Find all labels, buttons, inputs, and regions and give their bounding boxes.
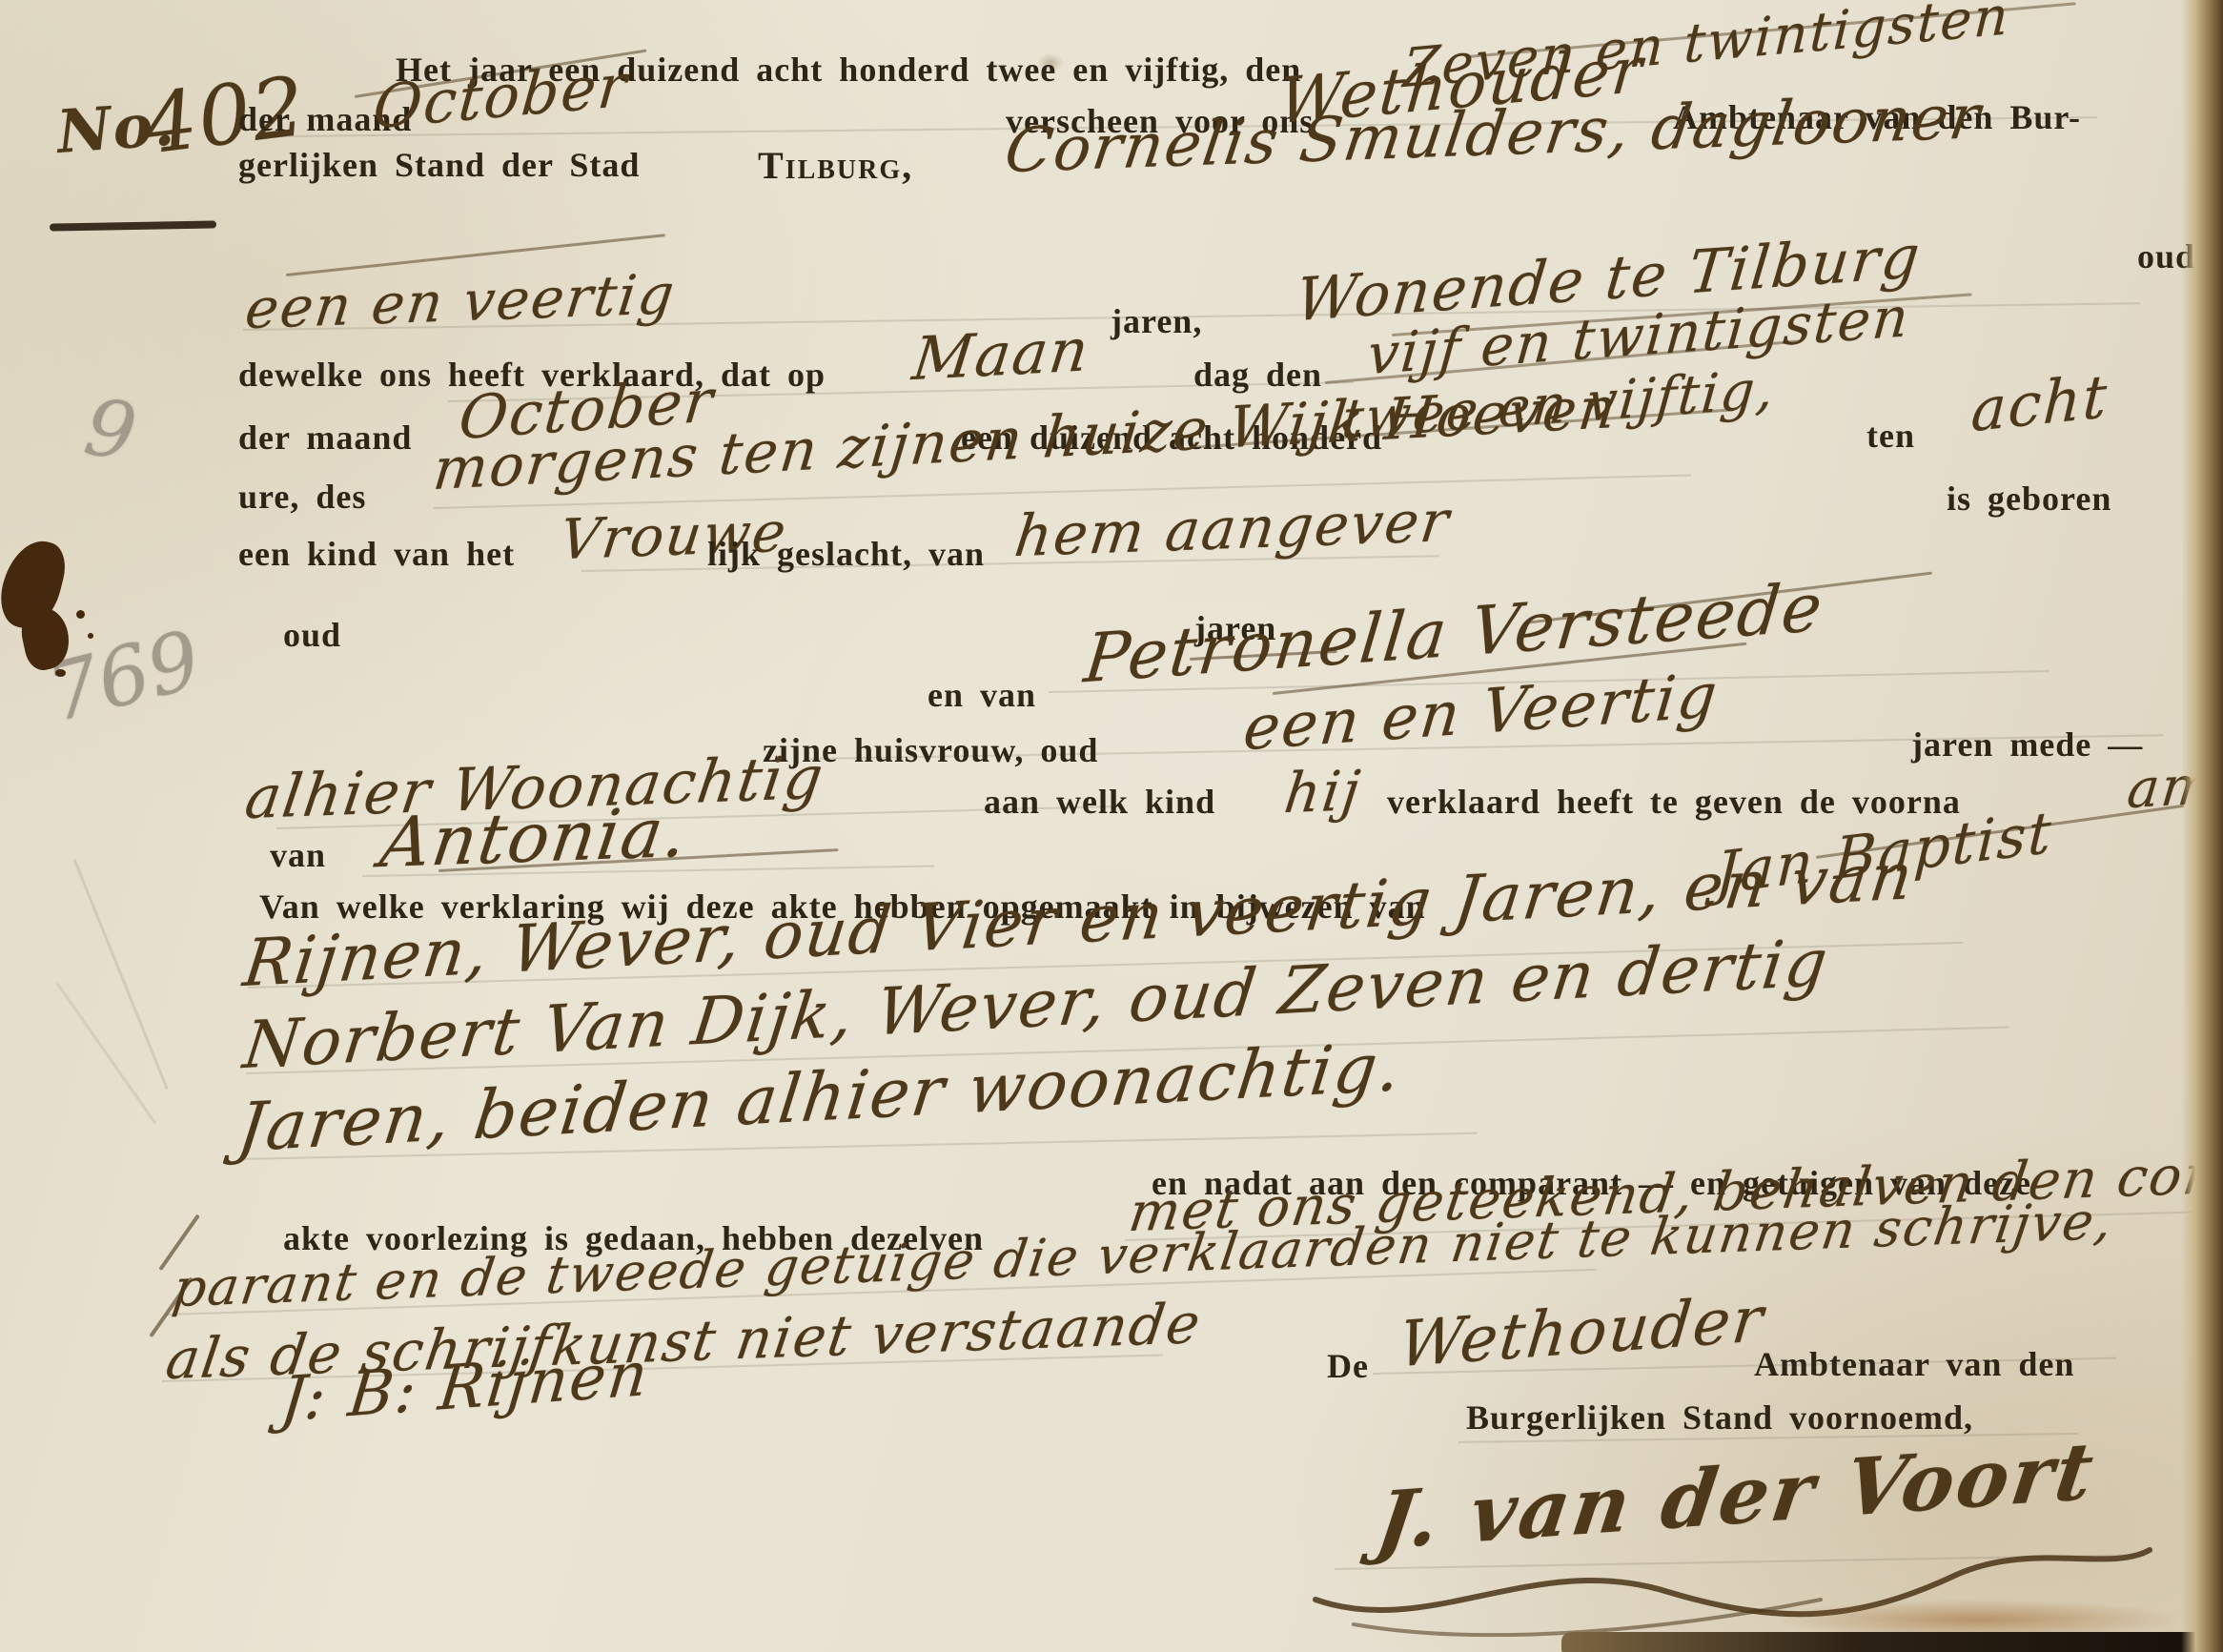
printed-oud-left: oud [283, 615, 341, 655]
printed-dag-den: dag den [1193, 355, 1322, 395]
printed-en-van: en van [928, 675, 1036, 715]
handwritten-birth-hour: acht [1969, 360, 2111, 445]
printed-is-geboren: is geboren [1947, 479, 2111, 519]
act-number-underline [50, 220, 216, 231]
printed-der-maand-2: der maand [238, 418, 412, 458]
printed-city-name: Tilburg, [758, 143, 913, 188]
printed-burgerlijken-stand: gerlijken Stand der Stad [238, 145, 640, 185]
handwritten-declarant-age: een en veertig [242, 261, 680, 341]
birth-certificate-scan: { "document_type": "Dutch civil birth re… [0, 0, 2223, 1652]
printed-van: van [270, 835, 326, 875]
pencil-scribble-2 [56, 983, 157, 1125]
pencil-mark-9: 9 [79, 382, 142, 479]
handwritten-weekday: Maan [908, 315, 1093, 394]
ink-blot-spatter-2 [88, 633, 93, 639]
printed-een-kind: een kind van het [238, 534, 515, 574]
printed-jaren-1: jaren, [1111, 301, 1202, 341]
printed-ure-des: ure, des [238, 477, 366, 517]
printed-aan-welk-kind: aan welk kind [984, 782, 1215, 822]
pencil-scribble-1 [73, 859, 169, 1090]
printed-de: De [1327, 1346, 1369, 1386]
printed-ten: ten [1866, 416, 1915, 456]
printed-jaren-mede: jaren mede — [1911, 724, 2143, 765]
page-right-edge [2181, 0, 2223, 1652]
printed-ambtenaar-2: Ambtenaar van den [1754, 1344, 2074, 1384]
printed-geslacht-van: lijk geslacht, van [707, 534, 985, 574]
ink-blot-spatter-1 [76, 610, 85, 619]
page-bottom-edge [1561, 1632, 2223, 1652]
ink-blot-spatter-3 [55, 669, 66, 677]
handwritten-child-name: Antonia. [376, 792, 694, 884]
handwritten-hij: hij [1281, 758, 1365, 826]
printed-voorna: verklaard heeft te geven de voorna [1387, 782, 1961, 822]
printed-voornoemd: Burgerlijken Stand voornoemd, [1466, 1397, 1973, 1438]
